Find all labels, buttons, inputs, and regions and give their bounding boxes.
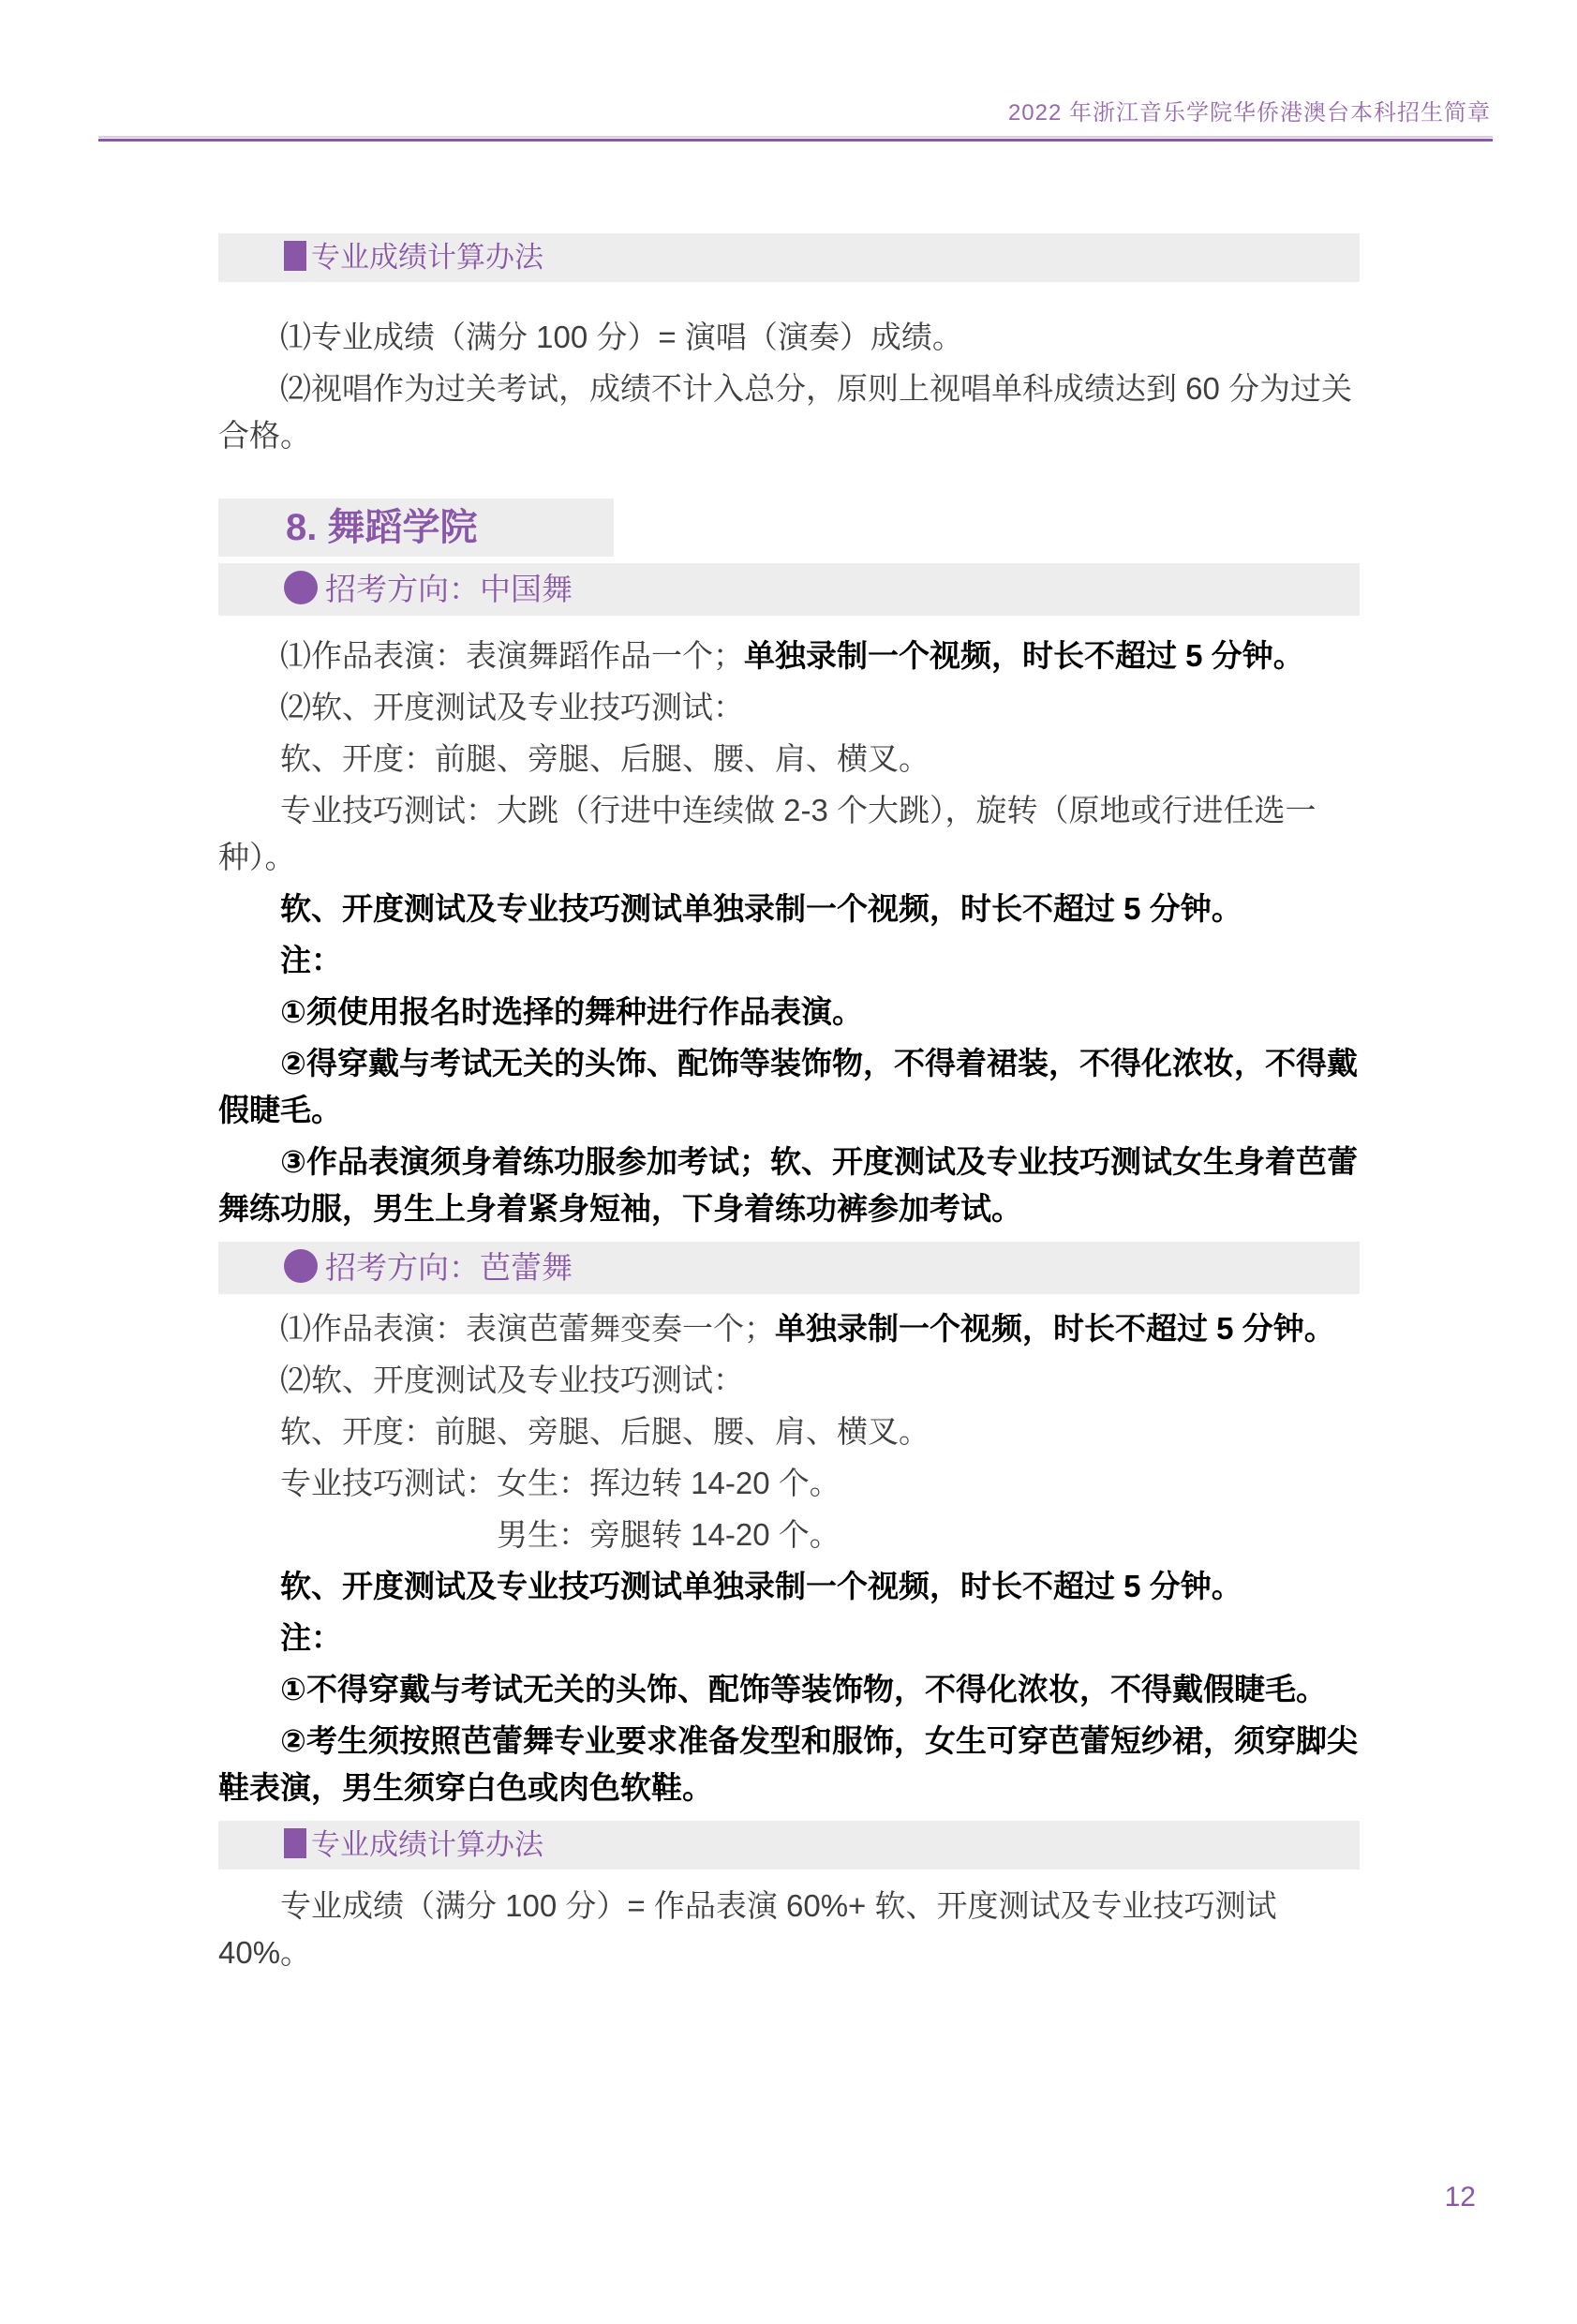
paragraph-ballet-note-label: 注： [218,1615,1360,1661]
dance-score-formula-line2: 40%。 [218,1935,311,1970]
paragraph-ballet-note-2: ②考生须按照芭蕾舞专业要求准备发型和服饰，女生可穿芭蕾短纱裙，须穿脚尖鞋表演，男… [218,1718,1360,1811]
paragraph-cn-note-1: ①须使用报名时选择的舞种进行作品表演。 [218,989,1360,1035]
paragraph-cn-note-2: ②得穿戴与考试无关的头饰、配饰等装饰物，不得着裙装，不得化浓妆，不得戴假睫毛。 [218,1040,1360,1134]
page-number: 12 [1445,2182,1476,2213]
ballet-work-performance-regular: ⑴作品表演：表演芭蕾舞变奏一个； [280,1311,775,1346]
paragraph-cn-technique-test: 专业技巧测试：大跳（行进中连续做 2-3 个大跳），旋转（原地或行进任选一种）。 [218,787,1360,881]
direction-label-chinese-dance: 招考方向：中国舞 [325,572,573,606]
header-rule-dark-line [98,139,1493,142]
ballet-work-performance-bold: 单独录制一个视频，时长不超过 5 分钟。 [775,1311,1335,1346]
paragraph-ballet-note-1: ①不得穿戴与考试无关的头饰、配饰等装饰物，不得化浓妆，不得戴假睫毛。 [218,1666,1360,1713]
circle-bullet-icon [284,1249,318,1283]
running-header-title: 2022 年浙江音乐学院华侨港澳台本科招生简章 [1008,94,1491,127]
cn-work-performance-bold: 单独录制一个视频，时长不超过 5 分钟。 [744,638,1304,673]
paragraph-ballet-flexibility-test-title: ⑵软、开度测试及专业技巧测试： [218,1357,1360,1404]
section-heading-dance-school: 8. 舞蹈学院 [218,499,614,557]
paragraph-cn-note-label: 注： [218,937,1360,984]
heading-bar-score-calculation-dance: 专业成绩计算办法 [218,1821,1360,1870]
paragraph-ballet-work-performance: ⑴作品表演：表演芭蕾舞变奏一个；单独录制一个视频，时长不超过 5 分钟。 [218,1305,1360,1352]
page-content: 专业成绩计算办法 ⑴专业成绩（满分 100 分）= 演唱（演奏）成绩。 ⑵视唱作… [218,233,1360,1981]
paragraph-cn-flexibility-items: 软、开度：前腿、旁腿、后腿、腰、肩、横叉。 [218,736,1360,782]
header-rule [98,136,1493,142]
direction-bar-ballet: 招考方向：芭蕾舞 [218,1242,1360,1294]
paragraph-ballet-flexibility-items: 软、开度：前腿、旁腿、后腿、腰、肩、横叉。 [218,1408,1360,1455]
paragraph-cn-flexibility-test-title: ⑵软、开度测试及专业技巧测试： [218,684,1360,731]
cn-work-performance-regular: ⑴作品表演：表演舞蹈作品一个； [280,638,744,673]
dance-score-formula-line1: 专业成绩（满分 100 分）= 作品表演 60%+ 软、开度测试及专业技巧测试 [280,1888,1277,1923]
direction-label-ballet: 招考方向：芭蕾舞 [325,1250,573,1285]
heading-bar-score-calculation-vocal: 专业成绩计算办法 [218,233,1360,282]
circle-bullet-icon [284,571,318,604]
score-calculation-heading: 专业成绩计算办法 [311,241,543,274]
paragraph-dance-score-formula: 专业成绩（满分 100 分）= 作品表演 60%+ 软、开度测试及专业技巧测试4… [218,1883,1360,1976]
document-page: 2022 年浙江音乐学院华侨港澳台本科招生简章 专业成绩计算办法 ⑴专业成绩（满… [0,0,1577,2324]
paragraph-ballet-video-requirement: 软、开度测试及专业技巧测试单独录制一个视频，时长不超过 5 分钟。 [218,1563,1360,1610]
paragraph-ballet-technique-male: 男生：旁腿转 14-20 个。 [218,1512,1360,1558]
paragraph-ballet-technique-female: 专业技巧测试：女生：挥边转 14-20 个。 [218,1460,1360,1507]
paragraph-vocal-sightsinging-rule: ⑵视唱作为过关考试，成绩不计入总分，原则上视唱单科成绩达到 60 分为过关合格。 [218,365,1360,459]
header-rule-light-line [98,136,1493,138]
square-bullet-icon [284,241,306,271]
paragraph-cn-note-3: ③作品表演须身着练功服参加考试；软、开度测试及专业技巧测试女生身着芭蕾舞练功服，… [218,1139,1360,1232]
score-calculation-heading-dance: 专业成绩计算办法 [311,1828,543,1861]
paragraph-cn-work-performance: ⑴作品表演：表演舞蹈作品一个；单独录制一个视频，时长不超过 5 分钟。 [218,633,1360,679]
square-bullet-icon [284,1828,306,1858]
paragraph-cn-video-requirement: 软、开度测试及专业技巧测试单独录制一个视频，时长不超过 5 分钟。 [218,886,1360,932]
paragraph-vocal-score-formula: ⑴专业成绩（满分 100 分）= 演唱（演奏）成绩。 [218,314,1360,361]
direction-bar-chinese-dance: 招考方向：中国舞 [218,563,1360,616]
